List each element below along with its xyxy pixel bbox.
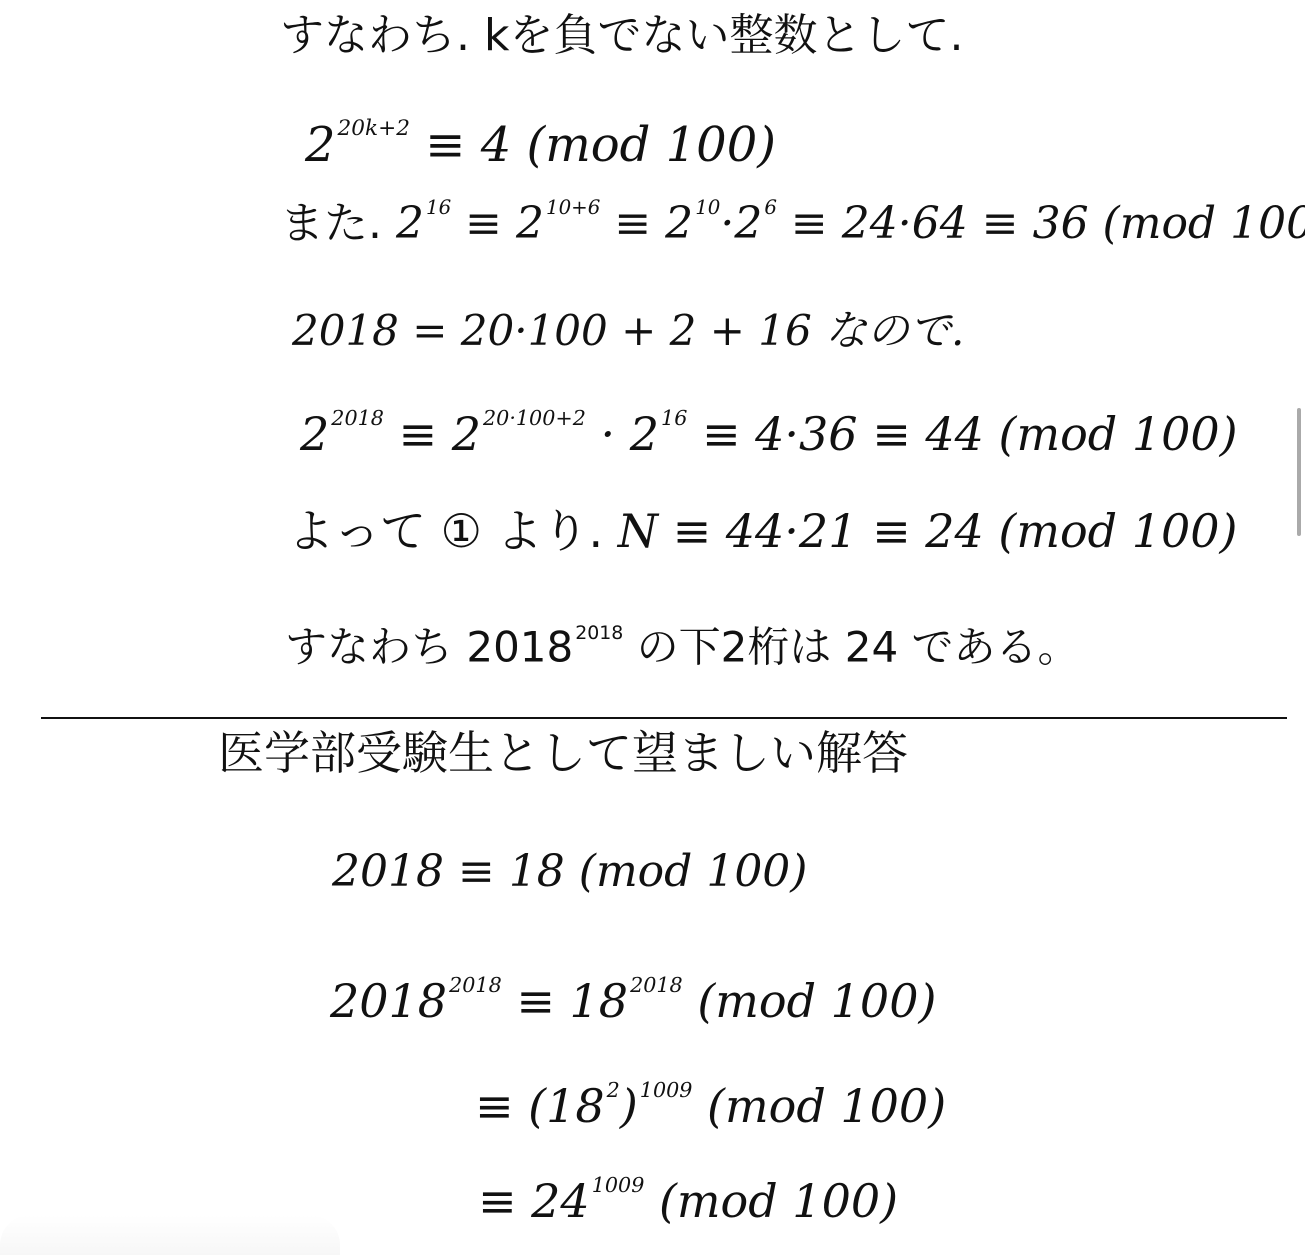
equation-2-pow-16: また. 216 ≡ 210+6 ≡ 210·26 ≡ 24·64 ≡ 36 (m…	[280, 198, 1305, 246]
equation-18-squared: ≡ (182)1009 (mod 100)	[475, 1080, 946, 1129]
section-heading: 医学部受験生として望ましい解答	[218, 730, 908, 776]
bottom-overlay	[0, 1215, 340, 1255]
equation-2-pow-20k2: 220k+2 ≡ 4 (mod 100)	[305, 118, 776, 169]
text-line-conclusion: すなわち 20182018 の下2桁は 24 である。	[285, 624, 1080, 669]
equation-2018-pow-2018: 20182018 ≡ 182018 (mod 100)	[330, 975, 936, 1024]
vertical-scrollbar[interactable]	[1297, 408, 1301, 536]
equation-n-result: よって ① より. N ≡ 44·21 ≡ 24 (mod 100)	[288, 508, 1237, 554]
equation-2018-mod: 2018 ≡ 18 (mod 100)	[332, 850, 807, 894]
text-line-intro: すなわち. kを負でない整数として.	[280, 14, 963, 58]
equation-2018-decomposition: 2018 = 20·100 + 2 + 16 なので.	[292, 310, 964, 352]
equation-2-pow-2018: 22018 ≡ 220·100+2 · 216 ≡ 4·36 ≡ 44 (mod…	[300, 408, 1238, 457]
equation-24-pow-1009: ≡ 241009 (mod 100)	[478, 1175, 898, 1224]
section-divider	[41, 717, 1287, 719]
